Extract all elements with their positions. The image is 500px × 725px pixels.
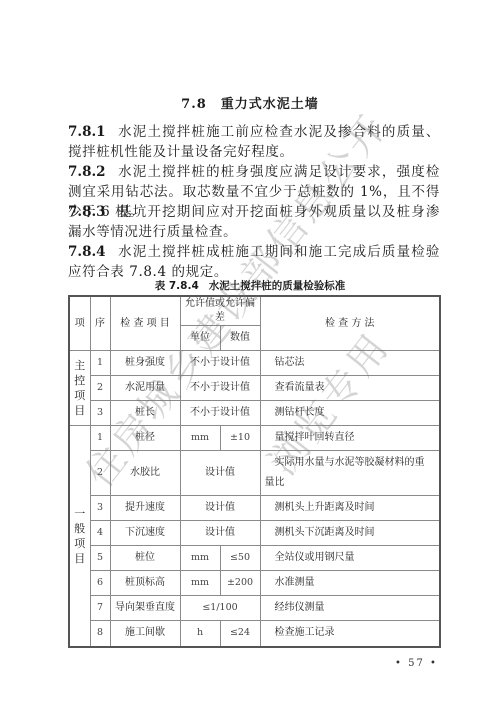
row-value: 设计值 (180, 496, 260, 521)
header-item: 检 查 项 目 (110, 296, 180, 351)
group-main-control: 主控项目 (69, 351, 90, 426)
row-seq: 5 (90, 546, 110, 571)
table-caption-number: 表 7.8.4 (155, 280, 199, 292)
row-value: 不小于设计值 (180, 376, 260, 401)
table-row: 3 桩长 不小于设计值 测钻杆长度 (69, 401, 440, 426)
row-method-text: 实际用水量与水泥等胶凝材料的重量比 (265, 457, 425, 488)
table-caption-title: 水泥土搅拌桩的质量检验标准 (209, 280, 346, 292)
row-value: ≤50 (220, 546, 260, 571)
clause-text: 水泥土搅拌桩成桩施工期间和施工完成后质量检验应符合表 7.8.4 的规定。 (68, 244, 440, 280)
group-general: 一般项目 (69, 426, 90, 647)
clause-number: 7.8.2 (68, 164, 106, 180)
clause-text: 基坑开挖期间应对开挖面桩身外观质量以及桩身渗漏水等情况进行质量检查。 (68, 204, 440, 240)
row-method: 经纬仪测量 (260, 596, 440, 621)
quality-inspection-table: 项 序 检 查 项 目 允许值或允许偏差 检 查 方 法 单位 数值 主控项目 … (68, 295, 441, 648)
clause-number: 7.8.1 (68, 124, 106, 140)
row-seq: 4 (90, 521, 110, 546)
row-unit: mm (180, 546, 220, 571)
row-method: 查看流量表 (260, 376, 440, 401)
row-method: 测机头下沉距离及时间 (260, 521, 440, 546)
row-method: 全站仪或用钢尺量 (260, 546, 440, 571)
row-item: 施工间歇 (110, 621, 180, 647)
row-method: 量搅拌叶回转直径 (260, 426, 440, 451)
clause-7-8-4: 7.8.4水泥土搅拌桩成桩施工期间和施工完成后质量检验应符合表 7.8.4 的规… (68, 242, 440, 282)
header-seq: 序 (90, 296, 110, 351)
row-seq: 7 (90, 596, 110, 621)
row-method: 测钻杆长度 (260, 401, 440, 426)
header-tolerance: 允许值或允许偏差 (180, 296, 260, 326)
table-row: 主控项目 1 桩身强度 不小于设计值 钻芯法 (69, 351, 440, 376)
table-row: 5 桩位 mm ≤50 全站仪或用钢尺量 (69, 546, 440, 571)
row-item: 下沉速度 (110, 521, 180, 546)
row-value: 不小于设计值 (180, 401, 260, 426)
row-seq: 1 (90, 351, 110, 376)
table-row: 6 桩顶标高 mm ±200 水准测量 (69, 571, 440, 596)
table-row: 一般项目 1 桩径 mm ±10 量搅拌叶回转直径 (69, 426, 440, 451)
section-title-text: 重力式水泥土墙 (221, 97, 319, 112)
row-method: 钻芯法 (260, 351, 440, 376)
clause-7-8-3: 7.8.3基坑开挖期间应对开挖面桩身外观质量以及桩身渗漏水等情况进行质量检查。 (68, 202, 440, 242)
row-seq: 1 (90, 426, 110, 451)
header-unit: 单位 (180, 326, 220, 351)
row-value: 设计值 (180, 451, 260, 496)
row-item: 桩径 (110, 426, 180, 451)
clause-text: 水泥土搅拌桩施工前应检查水泥及掺合料的质量、搅拌桩机性能及计量设备完好程度。 (68, 124, 440, 160)
row-method: 测机头上升距离及时间 (260, 496, 440, 521)
row-seq: 2 (90, 376, 110, 401)
row-unit: mm (180, 426, 220, 451)
row-method: 实际用水量与水泥等胶凝材料的重量比 (260, 451, 440, 496)
row-unit: h (180, 621, 220, 647)
row-seq: 2 (90, 451, 110, 496)
row-value: ≤1/100 (180, 596, 260, 621)
row-unit: mm (180, 571, 220, 596)
row-item: 桩顶标高 (110, 571, 180, 596)
header-category: 项 (69, 296, 90, 351)
row-item: 桩身强度 (110, 351, 180, 376)
row-item: 导向架垂直度 (110, 596, 180, 621)
row-value: ±10 (220, 426, 260, 451)
row-item: 提升速度 (110, 496, 180, 521)
row-method: 检查施工记录 (260, 621, 440, 647)
row-item: 桩长 (110, 401, 180, 426)
row-value: 设计值 (180, 521, 260, 546)
table-row: 3 提升速度 设计值 测机头上升距离及时间 (69, 496, 440, 521)
table-row: 8 施工间歇 h ≤24 检查施工记录 (69, 621, 440, 647)
row-method: 水准测量 (260, 571, 440, 596)
row-seq: 3 (90, 401, 110, 426)
clause-number: 7.8.3 (68, 204, 106, 220)
clause-number: 7.8.4 (68, 244, 106, 260)
section-title: 7.8重力式水泥土墙 (0, 93, 500, 112)
row-item: 水泥用量 (110, 376, 180, 401)
table-row: 7 导向架垂直度 ≤1/100 经纬仪测量 (69, 596, 440, 621)
clause-7-8-1: 7.8.1水泥土搅拌桩施工前应检查水泥及掺合料的质量、搅拌桩机性能及计量设备完好… (68, 122, 440, 162)
row-item: 水胶比 (110, 451, 180, 496)
header-value: 数值 (220, 326, 260, 351)
row-seq: 8 (90, 621, 110, 647)
row-seq: 6 (90, 571, 110, 596)
header-method: 检 查 方 法 (260, 296, 440, 351)
row-value: ±200 (220, 571, 260, 596)
table-row: 2 水泥用量 不小于设计值 查看流量表 (69, 376, 440, 401)
table-row: 2 水胶比 设计值 实际用水量与水泥等胶凝材料的重量比 (69, 451, 440, 496)
page-number: • 57 • (395, 658, 438, 669)
row-item: 桩位 (110, 546, 180, 571)
row-value: 不小于设计值 (180, 351, 260, 376)
table-row: 4 下沉速度 设计值 测机头下沉距离及时间 (69, 521, 440, 546)
row-seq: 3 (90, 496, 110, 521)
table-caption: 表 7.8.4水泥土搅拌桩的质量检验标准 (0, 278, 500, 293)
row-value: ≤24 (220, 621, 260, 647)
section-number: 7.8 (181, 97, 207, 112)
table-header-row: 项 序 检 查 项 目 允许值或允许偏差 检 查 方 法 (69, 296, 440, 326)
